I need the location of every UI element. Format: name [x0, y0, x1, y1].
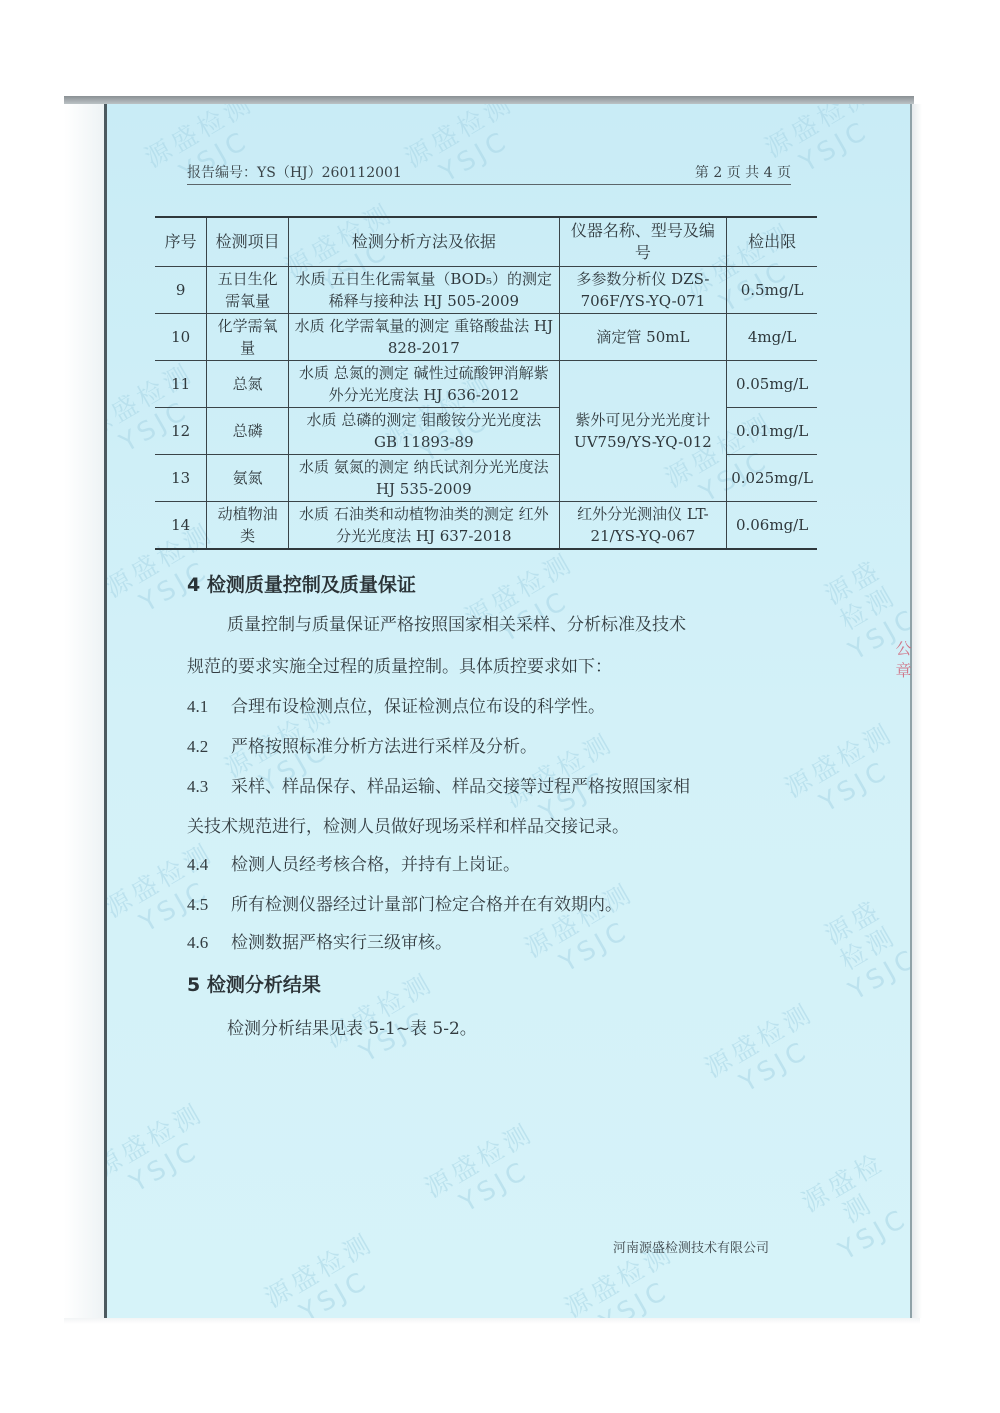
- col-header-item: 检测项目: [207, 217, 289, 267]
- table-row: 10 化学需氧量 水质 化学需氧量的测定 重铬酸盐法 HJ 828-2017 滴…: [155, 314, 817, 361]
- watermark: 源盛检测YSJC: [140, 104, 274, 200]
- cell-no: 14: [155, 502, 207, 550]
- watermark: 源盛检测YSJC: [791, 1144, 912, 1273]
- qc-item-text: 采样、样品保存、样品运输、样品交接等过程严格按照国家相: [231, 777, 690, 797]
- section-5-text: 检测分析结果见表 5-1~表 5-2。: [187, 1018, 477, 1040]
- cell-item: 化学需氧量: [207, 314, 289, 361]
- cell-item: 五日生化需氧量: [207, 267, 289, 314]
- page-header: 报告编号：YS（HJ）260112001 第 2 页 共 4 页: [187, 160, 791, 185]
- methods-table: 序号 检测项目 检测分析方法及依据 仪器名称、型号及编号 检出限 9 五日生化需…: [155, 216, 817, 550]
- cell-limit: 0.06mg/L: [727, 502, 817, 550]
- cell-item: 总磷: [207, 408, 289, 455]
- cell-instrument: 红外分光测油仪 LT-21/YS-YQ-067: [559, 502, 726, 550]
- scan-bottom-edge: [64, 1318, 920, 1324]
- cell-item: 总氮: [207, 361, 289, 408]
- cell-limit: 0.025mg/L: [727, 455, 817, 502]
- cell-no: 11: [155, 361, 207, 408]
- section-4-heading: 4 检测质量控制及质量保证: [187, 570, 416, 597]
- table-row: 9 五日生化需氧量 水质 五日生化需氧量（BOD₅）的测定 稀释与接种法 HJ …: [155, 267, 817, 314]
- qc-item-4-4: 4.4检测人员经考核合格，并持有上岗证。: [187, 854, 520, 876]
- qc-item-number: 4.2: [187, 736, 231, 758]
- watermark: 源盛检测YSJC: [260, 1228, 394, 1318]
- cell-limit: 4mg/L: [727, 314, 817, 361]
- page-number: 第 2 页 共 4 页: [695, 162, 791, 182]
- qc-item-text: 检测数据严格实行三级审核。: [231, 933, 452, 953]
- cell-instrument: 多参数分析仪 DZS-706F/YS-YQ-071: [559, 267, 726, 314]
- watermark: 源盛检测YSJC: [420, 1118, 554, 1230]
- cell-limit: 0.05mg/L: [727, 361, 817, 408]
- qc-item-number: 4.1: [187, 696, 231, 718]
- table-header-row: 序号 检测项目 检测分析方法及依据 仪器名称、型号及编号 检出限: [155, 217, 817, 267]
- cell-item: 动植物油类: [207, 502, 289, 550]
- cell-method: 水质 总氮的测定 碱性过硫酸钾消解紫外分光光度法 HJ 636-2012: [288, 361, 559, 408]
- col-header-no: 序号: [155, 217, 207, 267]
- cell-method: 水质 氨氮的测定 纳氏试剂分光光度法 HJ 535-2009: [288, 455, 559, 502]
- section-5-heading: 5 检测分析结果: [187, 970, 321, 997]
- col-header-limit: 检出限: [727, 217, 817, 267]
- qc-item-4-2: 4.2严格按照标准分析方法进行采样及分析。: [187, 736, 537, 758]
- cell-limit: 0.01mg/L: [727, 408, 817, 455]
- qc-item-4-6: 4.6检测数据严格实行三级审核。: [187, 932, 452, 954]
- cell-no: 10: [155, 314, 207, 361]
- qc-item-4-5: 4.5所有检测仪器经过计量部门检定合格并在有效期内。: [187, 894, 622, 916]
- qc-item-text: 严格按照标准分析方法进行采样及分析。: [231, 737, 537, 757]
- report-page: 源盛检测YSJC 源盛检测YSJC 源盛检测YSJC 源盛检测YSJC 源盛检测…: [104, 104, 912, 1318]
- cell-instrument: 滴定管 50mL: [559, 314, 726, 361]
- qc-item-text: 合理布设检测点位，保证检测点位布设的科学性。: [231, 697, 605, 717]
- report-number: 报告编号：YS（HJ）260112001: [187, 162, 402, 182]
- watermark: 源盛检测YSJC: [810, 889, 912, 1008]
- section-4-intro-line1: 质量控制与质量保证严格按照国家相关采样、分析标准及技术: [187, 614, 686, 636]
- col-header-instrument: 仪器名称、型号及编号: [559, 217, 726, 267]
- qc-item-number: 4.6: [187, 932, 231, 954]
- cell-no: 9: [155, 267, 207, 314]
- cell-no: 13: [155, 455, 207, 502]
- qc-item-text: 所有检测仪器经过计量部门检定合格并在有效期内。: [231, 895, 622, 915]
- cell-method: 水质 五日生化需氧量（BOD₅）的测定 稀释与接种法 HJ 505-2009: [288, 267, 559, 314]
- watermark: 源盛检测YSJC: [400, 104, 534, 200]
- seal-stamp: 公章: [888, 640, 914, 800]
- cell-method: 水质 化学需氧量的测定 重铬酸盐法 HJ 828-2017: [288, 314, 559, 361]
- company-footer: 河南源盛检测技术有限公司: [613, 1237, 769, 1256]
- col-header-method: 检测分析方法及依据: [288, 217, 559, 267]
- watermark: 源盛检测YSJC: [460, 548, 594, 660]
- qc-item-text: 检测人员经考核合格，并持有上岗证。: [231, 855, 520, 875]
- section-4-intro-line2: 规范的要求实施全过程的质量控制。具体质控要求如下：: [187, 656, 612, 678]
- cell-item: 氨氮: [207, 455, 289, 502]
- qc-item-number: 4.5: [187, 894, 231, 916]
- cell-no: 12: [155, 408, 207, 455]
- qc-item-number: 4.3: [187, 776, 231, 798]
- cell-limit: 0.5mg/L: [727, 267, 817, 314]
- watermark: 源盛检测YSJC: [700, 998, 834, 1110]
- qc-item-4-3-continued: 关技术规范进行，检测人员做好现场采样和样品交接记录。: [187, 816, 629, 838]
- qc-item-4-3: 4.3采样、样品保存、样品运输、样品交接等过程严格按照国家相: [187, 776, 690, 798]
- cell-instrument-merged: 紫外可见分光光度计 UV759/YS-YQ-012: [559, 361, 726, 502]
- table-row: 14 动植物油类 水质 石油类和动植物油类的测定 红外分光光度法 HJ 637-…: [155, 502, 817, 550]
- cell-method: 水质 总磷的测定 钼酸铵分光光度法 GB 11893-89: [288, 408, 559, 455]
- qc-item-number: 4.4: [187, 854, 231, 876]
- cell-method: 水质 石油类和动植物油类的测定 红外分光光度法 HJ 637-2018: [288, 502, 559, 550]
- table-row: 11 总氮 水质 总氮的测定 碱性过硫酸钾消解紫外分光光度法 HJ 636-20…: [155, 361, 817, 408]
- watermark: 源盛检测YSJC: [104, 1098, 224, 1210]
- scan-left-margin: [64, 104, 104, 1318]
- qc-item-4-1: 4.1合理布设检测点位，保证检测点位布设的科学性。: [187, 696, 605, 718]
